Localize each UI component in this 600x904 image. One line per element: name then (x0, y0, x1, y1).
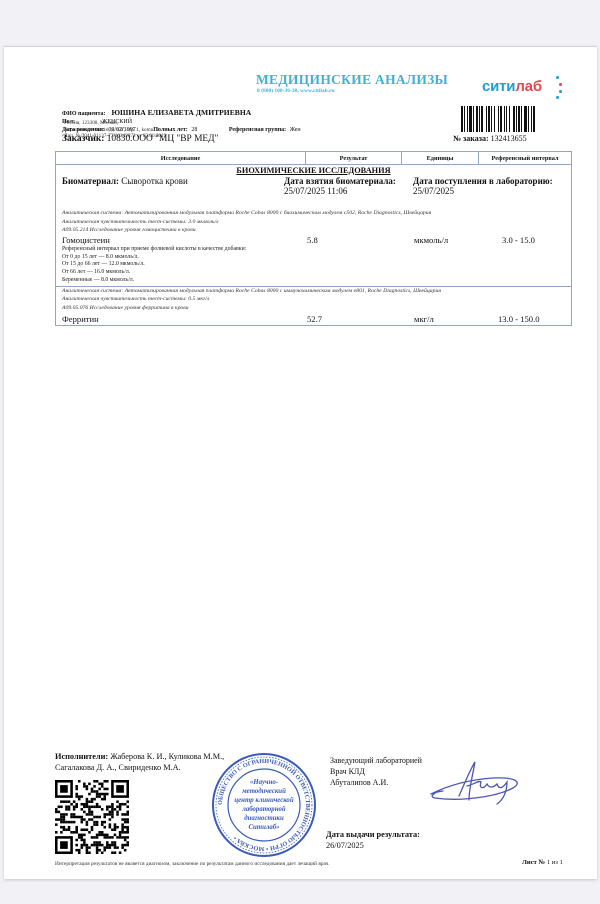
ref-group-label: Референсная группа: (229, 127, 286, 133)
lab-head: Заведующий лабораторией Врач КЛД Абутали… (330, 756, 422, 788)
section-title: БИОХИМИЧЕСКИЕ ИССЛЕДОВАНИЯ (56, 165, 571, 176)
test-code: A09.05.076 Исследование уровня ферритина… (62, 304, 565, 313)
logo-part-1: сити (482, 78, 515, 95)
analytic-system: Аналитическая система: Автоматизированна… (62, 287, 565, 296)
patient-age: 28 (191, 126, 197, 134)
age-label: Полных лет: (153, 127, 188, 133)
test-code: A09.05.214 Исследование уровня гомоцисте… (62, 226, 565, 235)
reference-notes: Референсный интервал при приеме фолиевой… (56, 246, 571, 286)
head-title: Врач КЛД (330, 767, 422, 778)
header-units: Единицы (402, 152, 479, 164)
test-name: Гомоцистеин (62, 235, 306, 245)
patient-info: ФИО пациента:ЮШИНА ЕЛИЗАВЕТА ДМИТРИЕВНА … (62, 109, 301, 143)
head-position: Заведующий лабораторией (330, 756, 422, 767)
barcode (461, 106, 564, 132)
logo-dots-icon (552, 74, 562, 102)
svg-text:диагностики: диагностики (244, 815, 284, 822)
note-line: От 15 до 66 лет — 12.0 мкмоль/л. (62, 261, 565, 269)
patient-sex: ЖЕНСКИЙ (102, 118, 132, 126)
header-result: Результат (306, 152, 402, 164)
analytic-sensitivity: Аналитическая чувствительность тест-сист… (62, 218, 565, 227)
order-label: № заказа: (453, 134, 489, 143)
svg-text:методический: методический (241, 788, 286, 795)
header-study: Исследование (56, 152, 306, 164)
sample-date-label: Дата взятия биоматериала: (284, 176, 396, 186)
customer-label: Заказчик: (62, 134, 104, 144)
test-reference: 13.0 - 150.0 (490, 314, 571, 324)
order-value: 132413655 (491, 134, 527, 143)
analytic-sensitivity: Аналитическая чувствительность тест-сист… (62, 295, 565, 304)
name-label: ФИО пациента: (62, 111, 106, 117)
executors: Исполнители: Жаберова К. И., Куликова М.… (55, 751, 235, 774)
svg-text:ОБЩЕСТВО С ОГРАНИЧЕННОЙ ОТВЕТС: ОБЩЕСТВО С ОГРАНИЧЕННОЙ ОТВЕТСТВЕННОСТЬЮ… (217, 758, 311, 852)
issue-label: Дата выдачи результата: (326, 830, 420, 839)
test-result: 52.7 (306, 314, 414, 324)
signature-icon (423, 758, 528, 810)
svg-text:центр клинической: центр клинической (234, 797, 293, 804)
qr-code-icon (55, 780, 129, 854)
biomaterial-row: Биоматериал: Сыворотка крови Дата взятия… (56, 176, 571, 203)
ref-group: Жен (290, 126, 301, 134)
note-line: От 66 лет — 16.0 мкмоль/л. (62, 269, 565, 277)
received-date: 25/07/2025 (413, 186, 454, 196)
test-block: Аналитическая система: Автоматизированна… (56, 203, 571, 286)
test-units: мкг/л (414, 314, 490, 324)
sheet-label: Лист № (522, 859, 545, 866)
order-number: № заказа: 132413655 (453, 134, 527, 143)
sheet-number: Лист № 1 из 1 (522, 859, 563, 866)
test-block: Аналитическая система: Автоматизированна… (56, 287, 571, 325)
sample-date: 25/07/2025 11:06 (284, 186, 347, 196)
issue-date: 26/07/2025 (326, 841, 364, 850)
test-name: Ферритин (62, 314, 306, 324)
note-line: Референсный интервал при приеме фолиевой… (62, 246, 565, 254)
note-line: От 0 до 15 лет — 8.0 мкмоль/л. (62, 254, 565, 262)
header-reference: Референсный интервал (479, 152, 571, 164)
svg-text:Ситилаб»: Ситилаб» (248, 824, 279, 831)
executors-label: Исполнители: (55, 752, 108, 761)
table-row: Ферритин 52.7 мкг/л 13.0 - 150.0 (56, 313, 571, 325)
brand-title: МЕДИЦИНСКИЕ АНАЛИЗЫ (256, 72, 448, 88)
head-name: Абуталипов А.И. (330, 778, 422, 789)
svg-text:лабораторной: лабораторной (241, 806, 286, 813)
logo-part-2: лаб (515, 78, 542, 95)
test-reference: 3.0 - 15.0 (490, 235, 571, 245)
table-header: Исследование Результат Единицы Референсн… (56, 152, 571, 165)
issue-date-block: Дата выдачи результата: 26/07/2025 (326, 829, 420, 851)
table-row: Гомоцистеин 5.8 мкмоль/л 3.0 - 15.0 (56, 235, 571, 246)
disclaimer: Интерпретация результатов не является ди… (55, 861, 330, 867)
biomaterial: Сыворотка крови (121, 176, 187, 186)
patient-dob: 09/02/1997 (108, 126, 135, 134)
lab-stamp-icon: ОБЩЕСТВО С ОГРАНИЧЕННОЙ ОТВЕТСТВЕННОСТЬЮ… (210, 751, 318, 859)
results-table: Исследование Результат Единицы Референсн… (55, 151, 572, 326)
customer: 10830.ООО "МЦ "ВР МЕД" (107, 134, 219, 144)
brand-contacts: 8 (800) 100-36-30, www.citilab.ru (257, 88, 335, 94)
sex-label: Пол: (62, 118, 92, 126)
received-label: Дата поступления в лабораторию: (413, 176, 553, 186)
note-line: Беременные — 8.0 мкмоль/л. (62, 277, 565, 285)
svg-text:«Научно-: «Научно- (250, 779, 279, 786)
patient-name: ЮШИНА ЕЛИЗАВЕТА ДМИТРИЕВНА (112, 108, 252, 117)
analytic-system: Аналитическая система: Автоматизированна… (62, 209, 565, 218)
dob-label: Дата рождения: (62, 127, 105, 133)
citilab-logo: ситилаб (482, 78, 542, 95)
test-result: 5.8 (306, 235, 414, 245)
test-units: мкмоль/л (414, 235, 490, 245)
biomaterial-label: Биоматериал: (62, 176, 119, 186)
sheet-value: 1 из 1 (547, 859, 563, 866)
